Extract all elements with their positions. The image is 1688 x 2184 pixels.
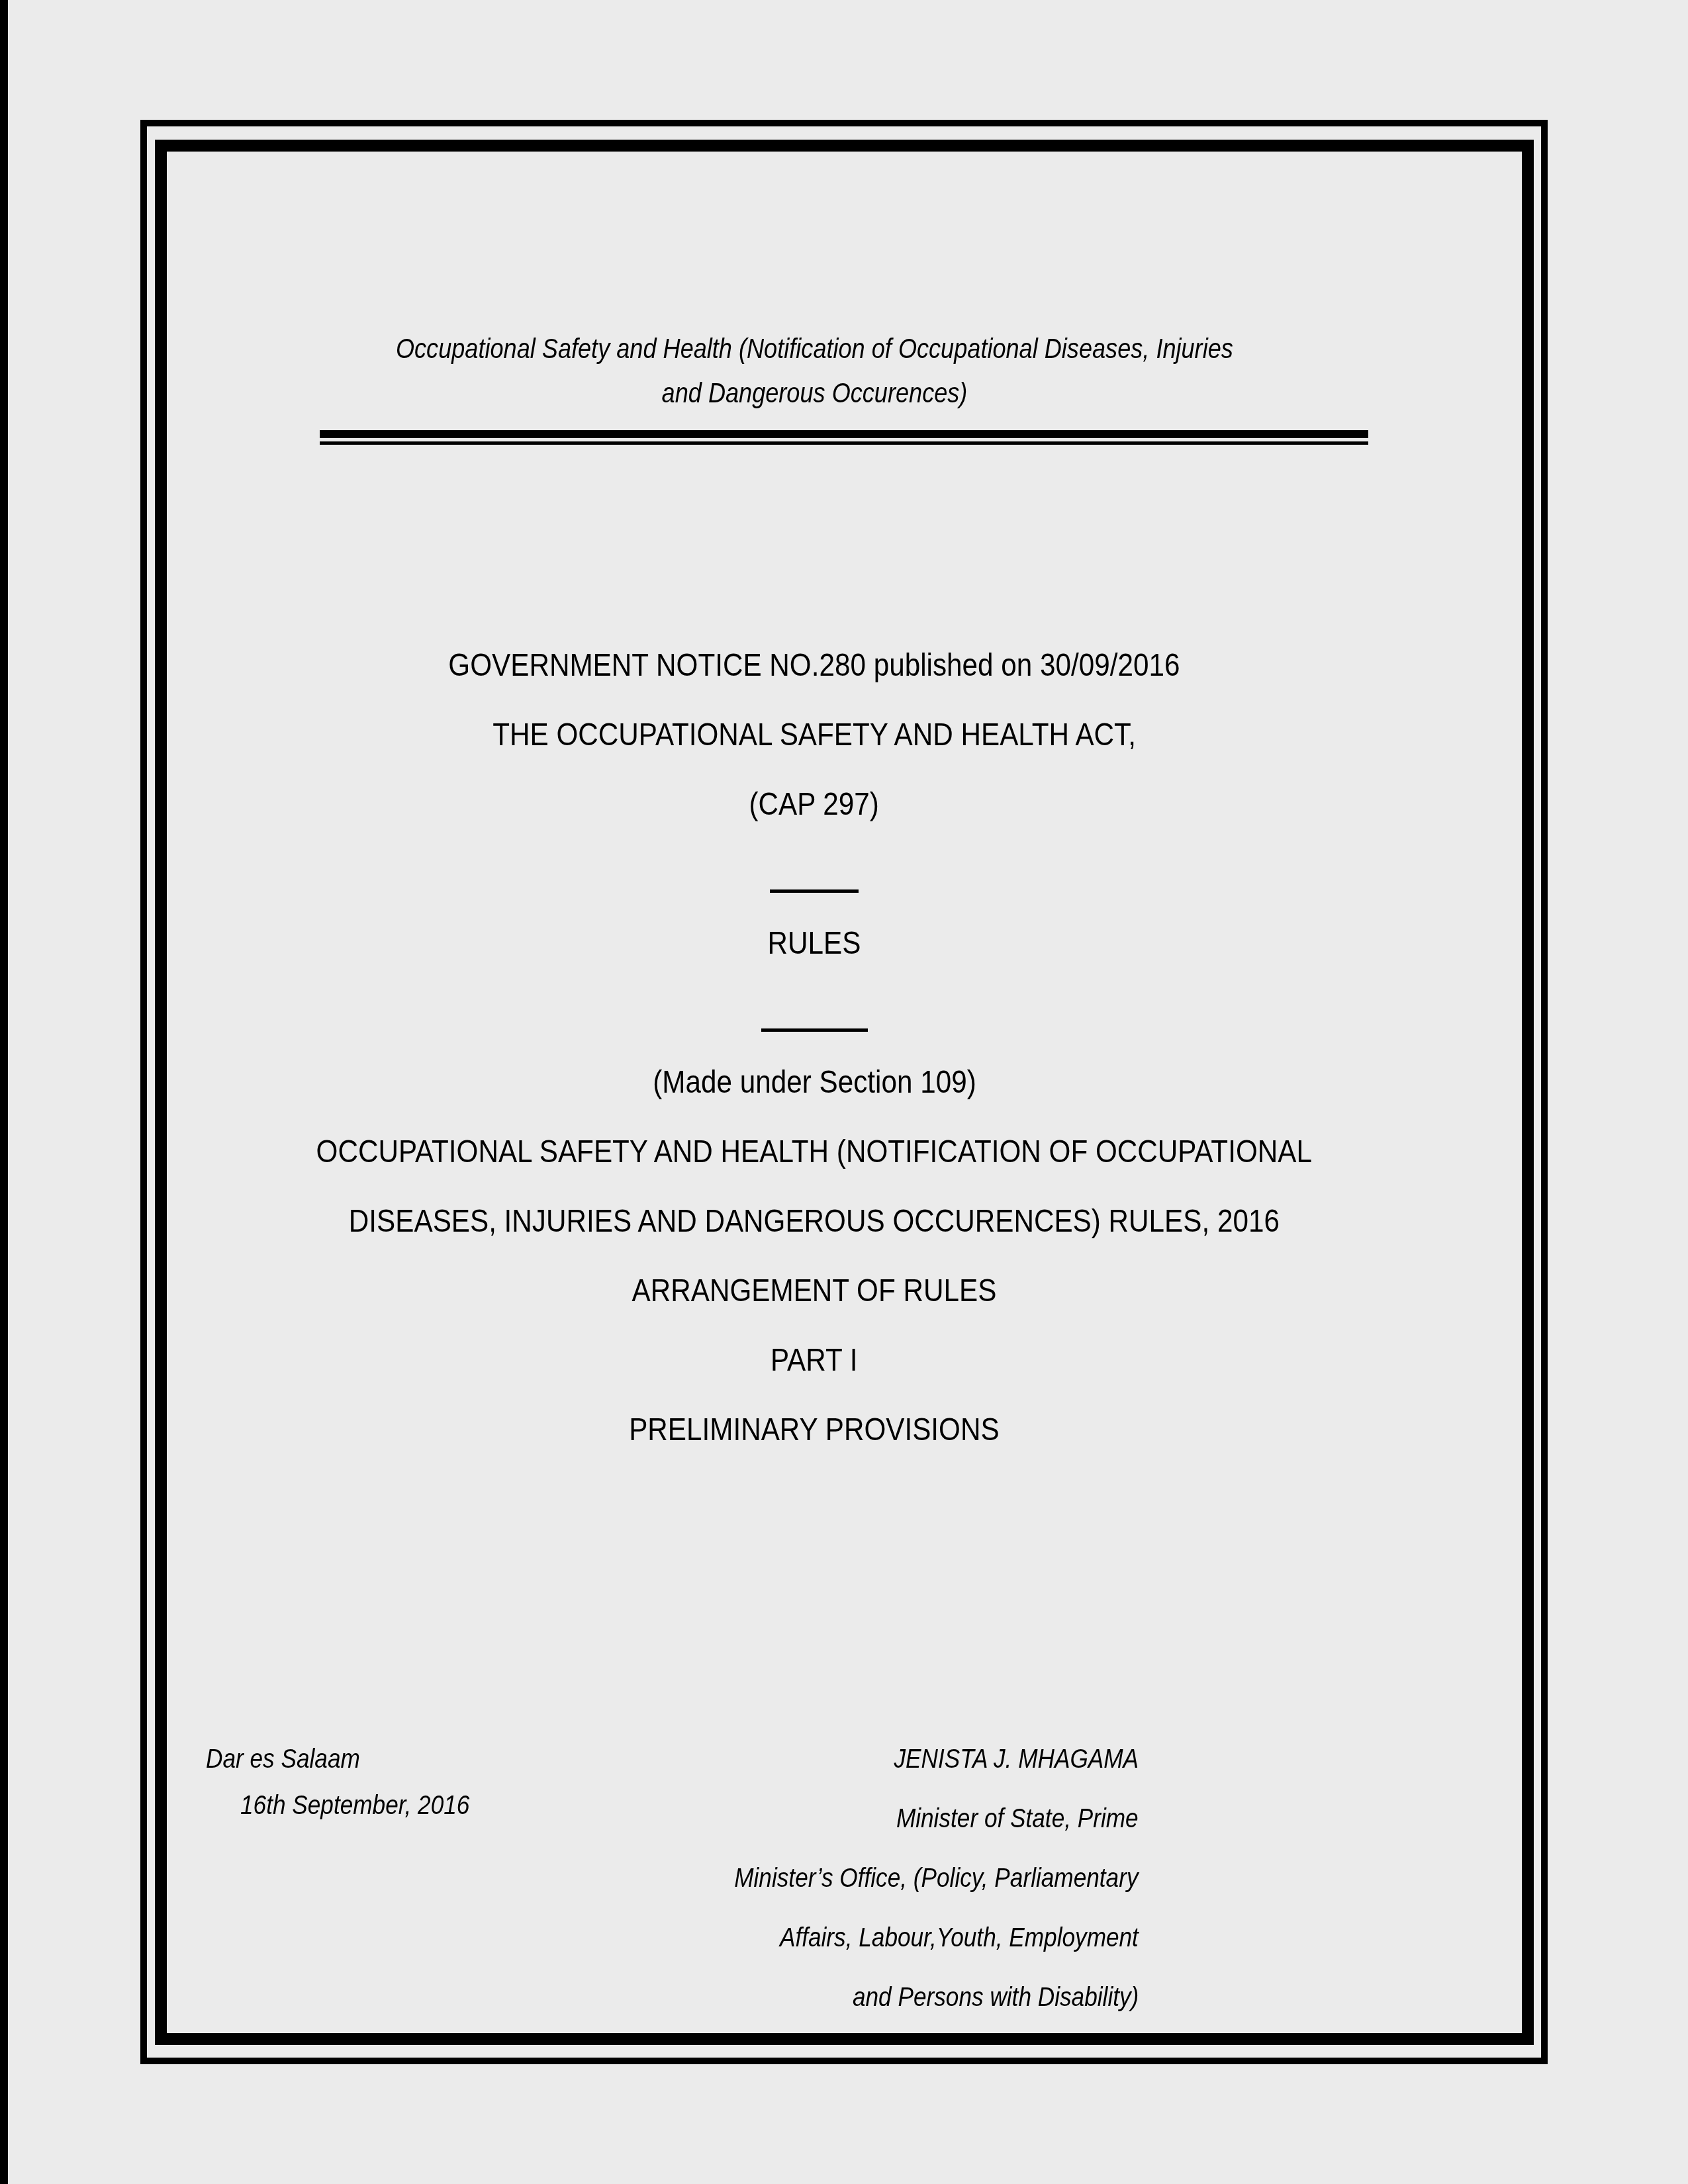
rules-heading: RULES (0, 925, 1628, 962)
signatory-title-line-4-text: and Persons with Disability) (853, 1983, 1139, 2013)
rules-title-line-2: DISEASES, INJURIES AND DANGEROUS OCCUREN… (0, 1203, 1628, 1240)
signatory-title-line-2-text: Minister’s Office, (Policy, Parliamentar… (735, 1864, 1139, 1893)
rules-title-line-1-text: OCCUPATIONAL SAFETY AND HEALTH (NOTIFICA… (316, 1134, 1312, 1170)
date-text: 16th September, 2016 (240, 1791, 469, 1821)
rules-heading-text: RULES (768, 925, 861, 962)
signatory-name: JENISTA J. MHAGAMA (861, 1745, 1139, 1774)
signatory-title-line-4: and Persons with Disability) (814, 1983, 1139, 2013)
running-header-line-1: Occupational Safety and Health (Notifica… (0, 333, 1628, 365)
place: Dar es Salaam (206, 1745, 381, 1774)
running-header-text-1: Occupational Safety and Health (Notifica… (396, 333, 1233, 365)
rules-title-line-2-text: DISEASES, INJURIES AND DANGEROUS OCCUREN… (349, 1203, 1280, 1240)
signatory-name-text: JENISTA J. MHAGAMA (894, 1745, 1139, 1774)
cap-number-text: (CAP 297) (749, 786, 879, 823)
arrangement-of-rules-text: ARRANGEMENT OF RULES (632, 1273, 997, 1309)
date: 16th September, 2016 (240, 1791, 501, 1821)
signatory-title-line-1-text: Minister of State, Prime (896, 1804, 1139, 1834)
arrangement-of-rules: ARRANGEMENT OF RULES (0, 1273, 1628, 1309)
separator-dash-2 (761, 1028, 868, 1032)
part-heading-text: PART I (771, 1342, 857, 1379)
signatory-title-line-2: Minister’s Office, (Policy, Parliamentar… (679, 1864, 1139, 1893)
signatory-title-line-3-text: Affairs, Labour,Youth, Employment (780, 1923, 1139, 1953)
rules-title-line-1: OCCUPATIONAL SAFETY AND HEALTH (NOTIFICA… (0, 1134, 1628, 1170)
signatory-title-line-3: Affairs, Labour,Youth, Employment (731, 1923, 1139, 1953)
header-rule-thick (320, 430, 1368, 438)
running-header-line-2: and Dangerous Occurences) (0, 377, 1628, 409)
part-title-text: PRELIMINARY PROVISIONS (629, 1412, 999, 1448)
part-heading: PART I (0, 1342, 1628, 1379)
made-under-section: (Made under Section 109) (0, 1064, 1628, 1101)
government-notice: GOVERNMENT NOTICE NO.280 published on 30… (0, 647, 1628, 684)
part-title: PRELIMINARY PROVISIONS (0, 1412, 1628, 1448)
cap-number: (CAP 297) (0, 786, 1628, 823)
separator-dash-1 (770, 889, 859, 893)
place-text: Dar es Salaam (206, 1745, 360, 1774)
running-header-text-2: and Dangerous Occurences) (661, 377, 967, 409)
signatory-title-line-1: Minister of State, Prime (863, 1804, 1139, 1834)
government-notice-text: GOVERNMENT NOTICE NO.280 published on 30… (448, 647, 1180, 684)
act-title: THE OCCUPATIONAL SAFETY AND HEALTH ACT, (0, 717, 1628, 753)
act-title-text: THE OCCUPATIONAL SAFETY AND HEALTH ACT, (492, 717, 1136, 753)
header-rule-thin (320, 441, 1368, 445)
made-under-section-text: (Made under Section 109) (653, 1064, 976, 1101)
